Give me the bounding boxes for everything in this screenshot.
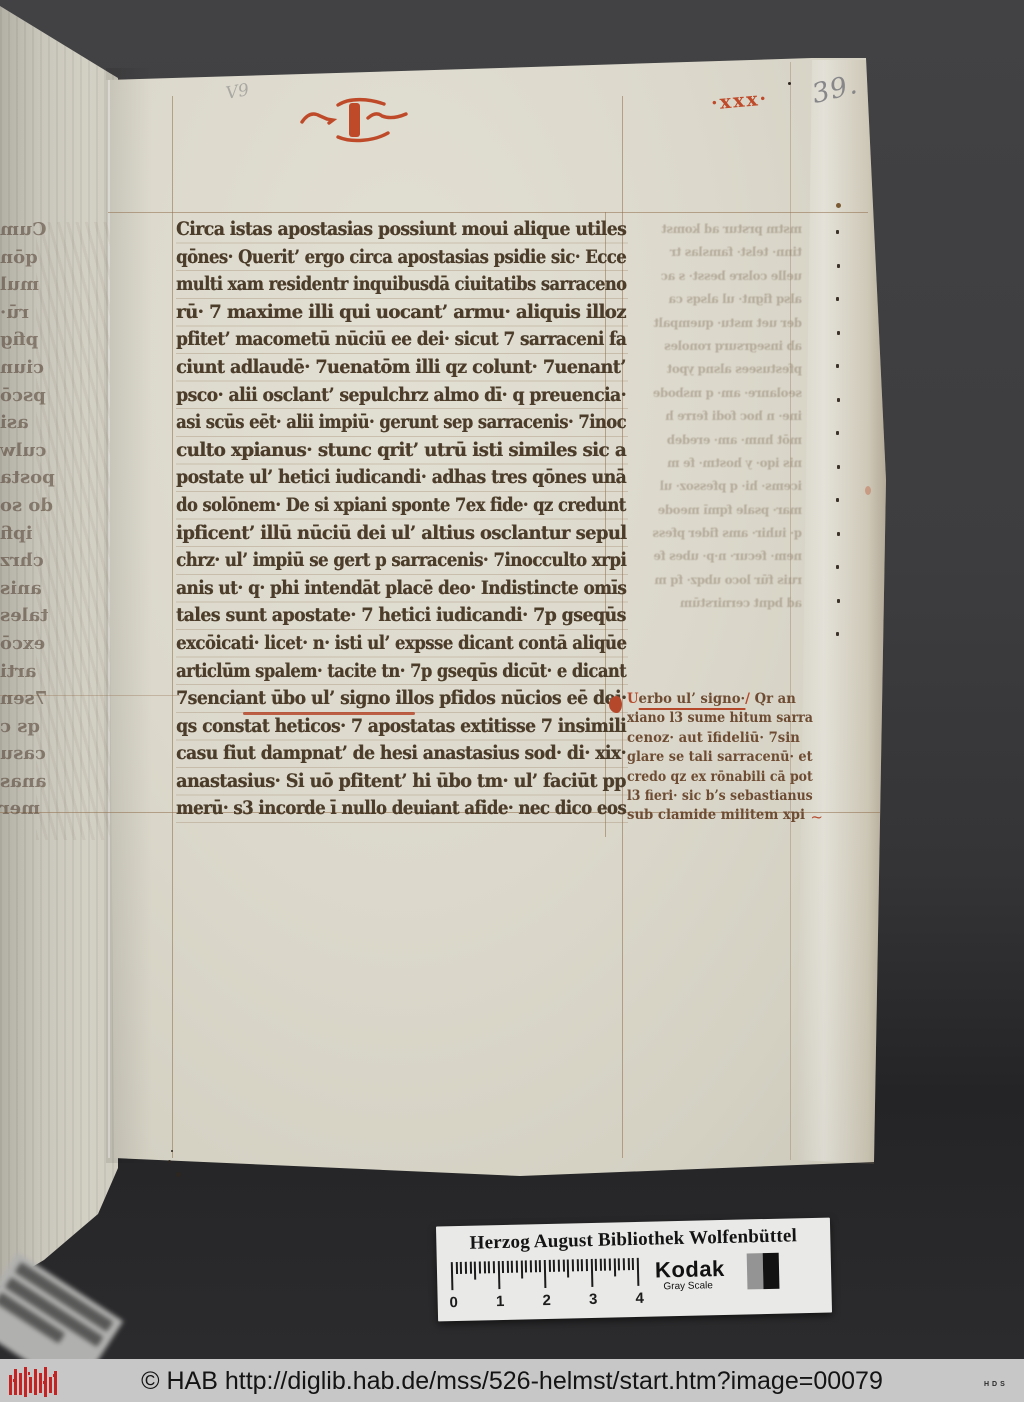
manuscript-text-line: ipficent’ illū nūciū dei ul’ altius oscl… <box>176 520 602 548</box>
digitized-manuscript-photo: Cumqōnmulrū·pfigciunpscōasiculwpostado s… <box>0 0 1024 1402</box>
ink-speck <box>176 1172 181 1177</box>
set-off-fragment: anis <box>0 575 104 603</box>
kodak-gray-scale-card: Herzog August Bibliothek Wolfenbüttel 01… <box>436 1218 832 1322</box>
show-through-line: nem· fecur· n·p· ubes fe <box>634 545 802 568</box>
show-through-line: ruis fūr loco ubqz· fq m <box>634 569 802 592</box>
corner-mark: HDS <box>984 1381 1008 1388</box>
red-underline-mark <box>243 712 415 715</box>
show-through-line: tinn· telst· famslas tr <box>634 241 802 264</box>
set-off-fragment: pscō <box>0 382 104 410</box>
marginal-flourish: ~ <box>810 808 823 826</box>
manuscript-text-block: Circa istas apostasias possiunt moui ali… <box>176 216 628 826</box>
set-off-fragment: 7sen <box>0 685 104 713</box>
manuscript-text-line: rū· 7 maxime illi qui uocant’ armu· aliq… <box>176 299 606 327</box>
set-off-fragment: ipfi <box>0 520 104 548</box>
stain-speck <box>836 203 841 208</box>
show-through-line: ine· n hoc fodi ferre h <box>634 405 802 428</box>
prick-mark <box>836 297 839 301</box>
manuscript-text-line: psco· alii osclant’ sepulchrz almo dī· q… <box>176 382 585 410</box>
show-through-line: uelle colsre besst· s ac <box>634 265 802 288</box>
manuscript-text-line: pfitet’ macometū nūciū ee dei· sicut 7 s… <box>176 326 576 354</box>
set-off-fragment: mer <box>0 795 104 823</box>
gutter-shadow <box>106 68 152 1163</box>
set-off-fragment: do so <box>0 492 104 520</box>
kodak-brand-label: Kodak <box>655 1256 725 1284</box>
show-through-line: der uet mstu· quempalt <box>634 312 802 335</box>
red-paragraph-mark-icon <box>609 696 622 713</box>
manuscript-text-line: postate ul’ hetici iudicandi· adhas tres… <box>176 464 586 492</box>
manuscript-text-line: tales sunt apostate· 7 hetici iudicandi·… <box>176 602 589 630</box>
prick-mark <box>836 632 839 636</box>
set-off-fragment: excō <box>0 630 104 658</box>
manuscript-text-line: qōnes· Querit’ ergo circa apostasias psi… <box>176 244 567 272</box>
gray-scale-label: Gray Scale <box>663 1280 713 1292</box>
prick-mark <box>837 398 840 402</box>
prick-marks <box>836 230 842 670</box>
set-off-fragment: mul <box>0 271 104 299</box>
marginal-note-line: cenoz· aut īfideliū· 7sin <box>627 729 813 748</box>
prick-mark <box>836 498 839 502</box>
marginal-note-line: xiano l3 sume hitum sarra <box>627 709 805 728</box>
show-through-line: mar· psale fqmī meode <box>634 499 802 522</box>
ruler-numbers: 01234 <box>451 1258 652 1313</box>
marginal-first-line-rest: Qr an <box>750 691 796 707</box>
show-through-line: pfestusees alsnq ypot <box>634 358 802 381</box>
manuscript-text-line: merū· s3 incorde ī nullo deuiant afide· … <box>176 795 570 823</box>
manuscript-text-line: multi xam residentr inquibusdā ciuitatib… <box>176 271 563 299</box>
show-through-text-column: mstm prstur ad komsttinn· telst· famslas… <box>630 218 802 616</box>
prick-mark <box>837 465 840 469</box>
set-off-text-column: Cumqōnmulrū·pfigciunpscōasiculwpostado s… <box>0 216 104 823</box>
ruler-number: 0 <box>447 1294 461 1311</box>
prick-mark <box>837 331 840 335</box>
set-off-fragment: casu <box>0 740 104 768</box>
prick-mark <box>837 599 840 603</box>
show-through-line: q· iuhir· ams fider pfess <box>634 522 802 545</box>
show-through-line: alsq fignt· ul alsqs ca <box>634 288 802 311</box>
black-patch <box>763 1253 780 1289</box>
manuscript-text-line: do solōnem· De si xpiani sponte 7ex fide… <box>176 492 563 520</box>
manuscript-text-line: culto xpianus· stunc qrit’ utrū isti sim… <box>176 437 611 465</box>
copyright-caption: © HAB http://diglib.hab.de/mss/526-helms… <box>0 1367 1024 1396</box>
set-off-fragment: Cum <box>0 216 104 244</box>
set-off-fragment: asi <box>0 409 104 437</box>
marginal-note-line: glare se tali sarracenū· et <box>627 748 808 767</box>
marginal-note-line: l3 fieri· sic b’s sebastianus <box>627 787 803 806</box>
show-through-line: nis iqo· y hostm· fe m <box>634 452 802 475</box>
prick-mark <box>837 264 840 268</box>
show-through-line: ab insegrsurq ronoles <box>634 335 802 358</box>
show-through-line: icems· hi· q pfessoz· ul <box>634 475 802 498</box>
set-off-fragment: culw <box>0 437 104 465</box>
footer-strip: © HAB http://diglib.hab.de/mss/526-helms… <box>0 1359 1024 1402</box>
ink-speck <box>788 82 791 85</box>
set-off-fragment: qōn <box>0 244 104 272</box>
set-off-fragment: pfig <box>0 326 104 354</box>
set-off-fragment: qs c <box>0 713 104 741</box>
set-off-fragment: ciun <box>0 354 104 382</box>
manuscript-text-line: anis ut· q· phi intendāt placē deo· Indi… <box>176 575 577 603</box>
red-stain <box>865 486 871 495</box>
library-name-label: Herzog August Bibliothek Wolfenbüttel <box>436 1225 830 1256</box>
set-off-fragment: arti <box>0 658 104 686</box>
prick-mark <box>836 230 839 234</box>
set-off-fragment: tales <box>0 602 104 630</box>
ruler-number: 4 <box>632 1290 646 1307</box>
set-off-fragment: posta <box>0 464 104 492</box>
manuscript-text-line: Circa istas apostasias possiunt moui ali… <box>176 216 585 244</box>
prick-mark <box>837 532 840 536</box>
show-through-line: mstm prstur ad komst <box>634 218 802 241</box>
set-off-fragment: rū· <box>0 299 104 327</box>
ruling-top-line <box>108 212 868 213</box>
marginal-note-first-line: Uerbo ul’ signo·/ Qr an <box>627 690 813 709</box>
show-through-line: mōt hnm· am· eredeb <box>634 429 802 452</box>
show-through-line: ad bqnt cernirstūm <box>634 592 802 615</box>
marginal-note: Uerbo ul’ signo·/ Qr an xiano l3 sume hi… <box>627 690 817 826</box>
pencil-doodle: V9 <box>224 80 250 104</box>
show-through-line: seolanre· am· q msbode <box>634 382 802 405</box>
prick-mark <box>836 364 839 368</box>
page-fore-edge <box>796 60 888 1170</box>
ink-speck <box>168 1160 171 1163</box>
prick-mark <box>836 565 839 569</box>
manuscript-text-line: excōicati· licet· n· isti ul’ expsse dic… <box>176 630 569 658</box>
ruler-number: 2 <box>539 1292 553 1309</box>
manuscript-text-line: articlūm spalem· tacite tn· 7p gseqūs di… <box>176 658 563 686</box>
set-off-fragment: chrz <box>0 547 104 575</box>
ruler-number: 1 <box>493 1293 507 1310</box>
marginal-note-line: credo qz ex rōnabili cā pot <box>627 768 803 787</box>
ink-speck <box>171 1150 173 1152</box>
manuscript-text-line: chrz· ul’ impiū se gert p sarracenis· 7i… <box>176 547 571 575</box>
set-off-fragment: anas <box>0 768 104 796</box>
manuscript-text-line: asi scūs eēt· alii impiū· gerunt sep sar… <box>176 409 565 437</box>
manuscript-text-line: anastasius· Si uō pfitent’ hi ūbo tm· ul… <box>176 768 594 796</box>
red-header-ornament-icon <box>298 92 410 144</box>
manuscript-text-line: 7senciant ūbo ul’ signo illos pfidos nūc… <box>176 685 588 713</box>
ruler-number: 3 <box>586 1291 600 1308</box>
marginal-note-line: sub clamide militem xpi <box>627 806 813 825</box>
manuscript-text-line: qs constat heticos· 7 apostatas extitiss… <box>176 713 584 741</box>
gray-patch <box>747 1253 764 1289</box>
marginal-initial: U <box>627 691 639 707</box>
marginal-underlined-words: erbo ul’ signo· <box>639 691 746 710</box>
ruling-left-margin <box>172 96 173 1158</box>
prick-mark <box>836 431 839 435</box>
manuscript-text-line: casu fiut dampnat’ de hesi anastasius so… <box>176 740 584 768</box>
manuscript-text-line: ciunt adlaudē· 7uenatōm illi qz colunt· … <box>176 354 595 382</box>
